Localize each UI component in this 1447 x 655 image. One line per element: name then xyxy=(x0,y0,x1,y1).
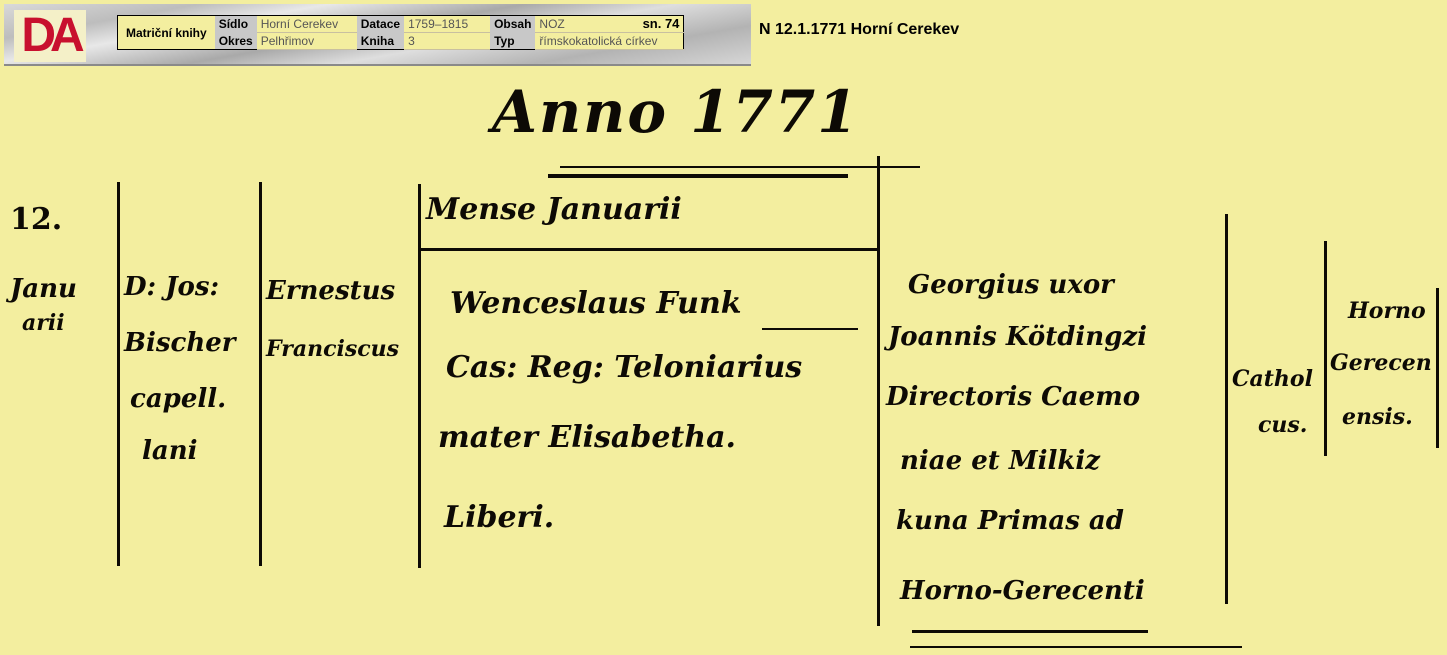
scan-number: sn. 74 xyxy=(643,16,680,32)
parents-line-3: mater Elisabetha. xyxy=(438,420,736,455)
field-value-kniha: 3 xyxy=(404,33,490,50)
column-rule-3 xyxy=(418,184,421,568)
field-label-sidlo: Sídlo xyxy=(215,16,257,33)
column-rule-1 xyxy=(117,182,120,566)
field-label-datace: Datace xyxy=(357,16,404,33)
field-label-typ: Typ xyxy=(490,33,535,50)
year-heading: Anno 1771 xyxy=(492,78,860,146)
godparents-line-6: Horno-Gerecenti xyxy=(900,576,1145,606)
surname-underline xyxy=(762,328,858,330)
field-value-obsah-cell: NOZ sn. 74 xyxy=(535,16,684,33)
field-label-obsah: Obsah xyxy=(490,16,535,33)
register-scan: Anno 1771 Mense Januarii 12. Janu arii D… xyxy=(0,66,1447,655)
record-title: N 12.1.1771 Horní Cerekev xyxy=(759,21,959,39)
collection-title: Matriční knihy xyxy=(118,16,215,50)
column-rule-5 xyxy=(1225,214,1228,604)
field-value-datace: 1759–1815 xyxy=(404,16,490,33)
column-rule-7 xyxy=(1436,288,1439,448)
month-heading: Mense Januarii xyxy=(426,192,682,227)
priest-line-3: capell. xyxy=(130,384,226,414)
child-name-line-1: Ernestus xyxy=(266,276,395,306)
religion-line-2: cus. xyxy=(1258,412,1307,438)
priest-line-2: Bischer xyxy=(124,328,235,358)
logo-text: DA xyxy=(21,12,78,60)
year-underline xyxy=(548,174,848,178)
parents-line-2: Cas: Reg: Teloniarius xyxy=(446,350,802,385)
parents-line-4: Liberi. xyxy=(444,500,554,535)
entry-month-line-1: Janu xyxy=(10,274,77,304)
godparents-line-3: Directoris Caemo xyxy=(886,382,1140,412)
godparents-line-4: niae et Milkiz xyxy=(900,446,1100,476)
priest-line-1: D: Jos: xyxy=(124,272,219,302)
place-line-1: Horno xyxy=(1348,298,1426,324)
field-value-obsah: NOZ xyxy=(539,17,564,31)
register-metadata-table: Matriční knihy Sídlo Horní Cerekev Datac… xyxy=(117,15,684,50)
place-line-2: Gerecen xyxy=(1330,350,1432,376)
field-value-typ: římskokatolická církev xyxy=(535,33,684,50)
godparents-line-2: Joannis Kötdingzi xyxy=(888,322,1147,352)
year-underline-2 xyxy=(560,166,920,168)
field-value-sidlo: Horní Cerekev xyxy=(257,16,357,33)
child-name-line-2: Franciscus xyxy=(266,336,399,362)
entry-month-line-2: arii xyxy=(22,310,65,336)
month-underline xyxy=(418,248,880,251)
godparents-line-1: Georgius uxor xyxy=(908,270,1114,300)
priest-line-4: lani xyxy=(142,436,198,466)
godparents-underline xyxy=(912,630,1148,633)
column-rule-6 xyxy=(1324,241,1327,456)
place-line-3: ensis. xyxy=(1342,404,1413,430)
archive-logo[interactable]: DA xyxy=(14,10,86,62)
column-rule-4 xyxy=(877,156,880,626)
field-label-okres: Okres xyxy=(215,33,257,50)
entry-end-rule xyxy=(910,646,1242,648)
parents-line-1: Wenceslaus Funk xyxy=(450,286,742,321)
field-value-okres: Pelhřimov xyxy=(257,33,357,50)
field-label-kniha: Kniha xyxy=(357,33,404,50)
archive-header-banner: DA Matriční knihy Sídlo Horní Cerekev Da… xyxy=(4,4,751,66)
godparents-line-5: kuna Primas ad xyxy=(896,506,1124,536)
column-rule-2 xyxy=(259,182,262,566)
entry-day: 12. xyxy=(10,202,62,237)
religion-line-1: Cathol xyxy=(1232,366,1313,392)
